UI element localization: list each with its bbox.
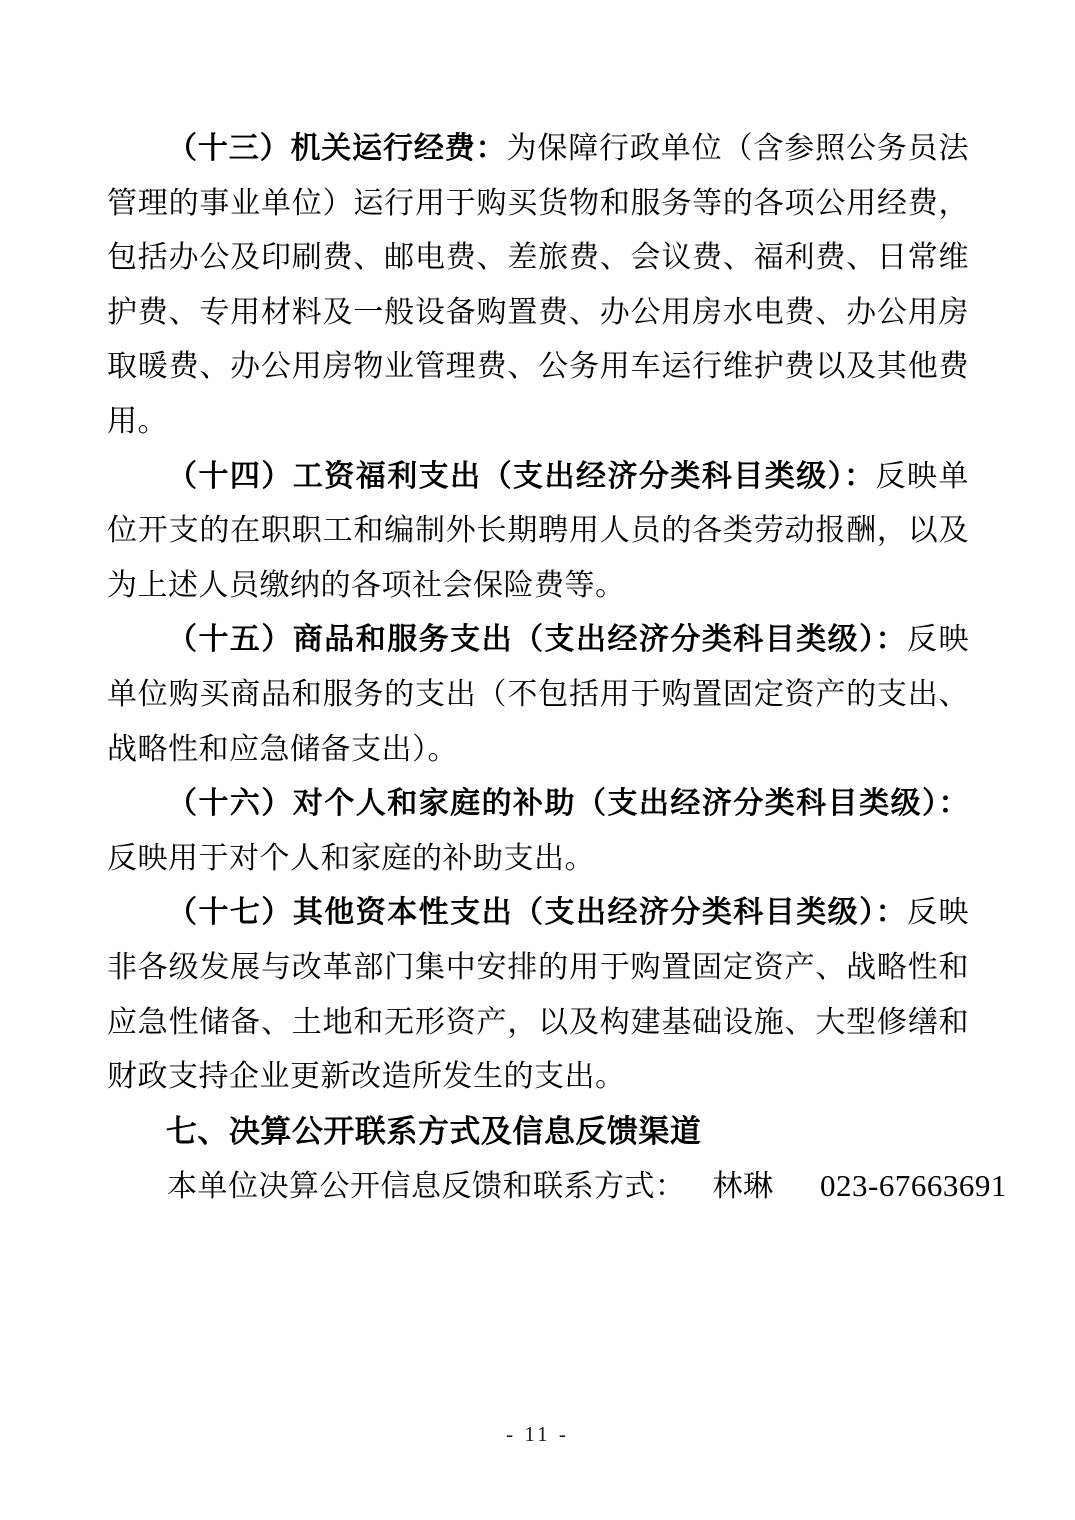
paragraph-14-lead: （十四）工资福利支出（支出经济分类科目类级）： (167, 460, 876, 493)
contact-label: 本单位决算公开信息反馈和联系方式： (167, 1170, 686, 1203)
paragraph-17-lead: （十七）其他资本性支出（支出经济分类科目类级）： (167, 896, 907, 929)
contact-line: 本单位决算公开信息反馈和联系方式：林琳023-67663691 (107, 1159, 969, 1215)
paragraph-16-text: 反映用于对个人和家庭的补助支出。 (107, 842, 595, 875)
paragraph-16-lead: （十六）对个人和家庭的补助（支出经济分类科目类级）： (167, 787, 969, 820)
contact-person-name: 林琳 (713, 1170, 774, 1203)
paragraph-15: （十五）商品和服务支出（支出经济分类科目类级）：反映单位购买商品和服务的支出（不… (107, 613, 969, 777)
section-heading: 七、决算公开联系方式及信息反馈渠道 (107, 1105, 969, 1160)
document-body: （十三）机关运行经费：为保障行政单位（含参照公务员法管理的事业单位）运行用于购买… (107, 122, 969, 1215)
contact-phone-number: 023-67663691 (820, 1168, 1007, 1203)
paragraph-13-text: 为保障行政单位（含参照公务员法管理的事业单位）运行用于购买货物和服务等的各项公用… (107, 132, 969, 438)
paragraph-15-lead: （十五）商品和服务支出（支出经济分类科目类级）： (167, 623, 907, 656)
paragraph-13-lead: （十三）机关运行经费： (167, 132, 506, 165)
paragraph-17: （十七）其他资本性支出（支出经济分类科目类级）：反映非各级发展与改革部门集中安排… (107, 886, 969, 1104)
page-number: - 11 - (0, 1422, 1075, 1447)
paragraph-16: （十六）对个人和家庭的补助（支出经济分类科目类级）：反映用于对个人和家庭的补助支… (107, 777, 969, 886)
paragraph-13: （十三）机关运行经费：为保障行政单位（含参照公务员法管理的事业单位）运行用于购买… (107, 122, 969, 450)
paragraph-14: （十四）工资福利支出（支出经济分类科目类级）：反映单位开支的在职职工和编制外长期… (107, 450, 969, 614)
document-page: （十三）机关运行经费：为保障行政单位（含参照公务员法管理的事业单位）运行用于购买… (0, 0, 1075, 1520)
